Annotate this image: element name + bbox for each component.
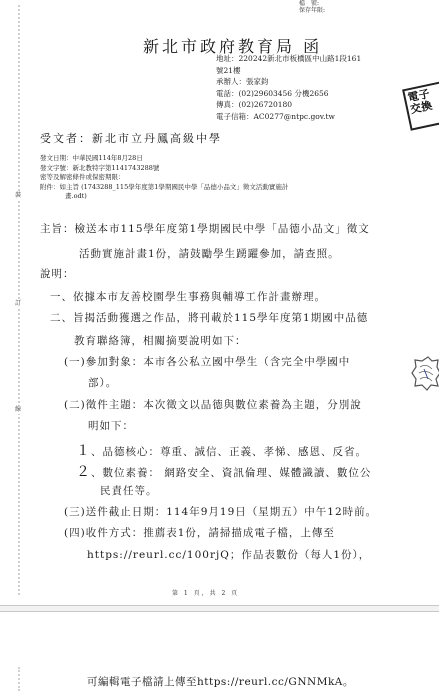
explanation-item-2-line-1: 二、旨揭活動獲選之作品，將刊載於115學年度第1期國中品德 [50, 310, 368, 325]
address-line-2: 號21樓 [216, 65, 361, 77]
theme-point-2-text: 、數位素養： 網路安全、資訊倫理、媒體識讀、數位公 [91, 467, 371, 479]
issue-number: 發文字號：新北教特字第1141743288號 [40, 164, 288, 174]
participants-line-1: (一)參加對象：本市各公私立國中學生（含完全中學國中 [64, 354, 350, 369]
handler: 承辦人：張家鈞 [216, 76, 361, 88]
method-line-1: (四)收件方式：推薦表1份，請掃描成電子檔，上傳至 [64, 525, 335, 540]
attachment-line-2: 畫.odt) [40, 192, 288, 202]
address-line-1: 地址：220242新北市板橋區中山路1段161 [216, 53, 361, 65]
electronic-exchange-stamp: 電子交換 [402, 81, 439, 130]
theme-point-2-number: ２ [76, 464, 91, 480]
phone: 電話：(02)29603456 分機2656 [216, 88, 361, 100]
method-line-2-link[interactable]: https://reurl.cc/100rjQ；作品表數份（每人1份）， [87, 547, 370, 562]
file-number-label: 檔 號: [299, 0, 319, 7]
binding-mark-zhuang: 裝 [15, 192, 21, 200]
participants-line-2: 部）。 [88, 375, 117, 390]
retention-label: 保存年限: [299, 7, 325, 14]
explanation-item-2-line-2: 教育聯絡簿，相關摘要說明如下： [74, 333, 247, 348]
theme-point-1-text: 、品德核心：尊重、誠信、正義、孝悌、感恩、反省。 [91, 446, 367, 458]
theme-point-2: ２、數位素養： 網路安全、資訊倫理、媒體識讀、數位公 [76, 461, 371, 481]
theme-line-2: 明如下： [88, 418, 134, 433]
email: 電子信箱：AC0277@ntpc.gov.tw [216, 111, 361, 123]
page-separator [0, 605, 439, 612]
theme-point-1: １、品德核心：尊重、誠信、正義、孝悌、感恩、反省。 [76, 440, 367, 460]
theme-point-2-line-2: 民責任等。 [100, 483, 158, 498]
binding-mark-ding: 訂 [15, 300, 21, 308]
fax: 傳真：(02)26720180 [216, 99, 361, 111]
attachment-line-1: 附件：如主旨 (1743288_115學年度第1學期國民中學「品德小品文」徵文活… [40, 183, 288, 193]
page2-upload-note[interactable]: 可編輯電子檔請上傳至https://reurl.cc/GNNMkA。 [87, 674, 354, 689]
binding-dotted-line-page-2 [18, 667, 20, 691]
subject-line-2: 活動實施計畫1份，請鼓勵學生踴躍參加，請查照。 [79, 246, 340, 261]
theme-line-1: (二)徵件主題：本次徵文以品德與數位素養為主題，分別說 [64, 397, 362, 412]
page-indicator: 第 1 頁，共 2 頁 [172, 588, 239, 597]
explanation-label: 說明： [40, 266, 75, 281]
explanation-item-1: 一、依據本市友善校園學生事務與輔導工作計畫辦理。 [50, 289, 326, 304]
document-page-1: 裝 訂 線 檔 號: 保存年限: 新北市政府教育局 函 地址：220242新北市… [0, 0, 439, 605]
binding-mark-xian: 線 [15, 406, 21, 414]
deadline: (三)送件截止日期：114年9月19日（星期五）中午12時前。 [64, 504, 377, 519]
subject-line-1: 主旨：檢送本市115學年度第1學期國民中學「品德小品文」徵文 [40, 221, 370, 236]
contact-block: 地址：220242新北市板橋區中山路1段161 號21樓 承辦人：張家鈞 電話：… [216, 53, 361, 122]
classification: 密等及解密條件或保密期限： [40, 173, 288, 183]
issue-info: 發文日期：中華民國114年8月28日 發文字號：新北教特字第1141743288… [40, 154, 288, 202]
official-seal-fragment [410, 355, 439, 391]
recipient: 受文者：新北市立丹鳳高級中學 [40, 130, 222, 146]
stamp-text: 電子交換 [407, 87, 434, 116]
issue-date: 發文日期：中華民國114年8月28日 [40, 154, 288, 164]
document-page-2: 可編輯電子檔請上傳至https://reurl.cc/GNNMkA。 [0, 612, 439, 691]
theme-point-1-number: １ [76, 443, 91, 459]
